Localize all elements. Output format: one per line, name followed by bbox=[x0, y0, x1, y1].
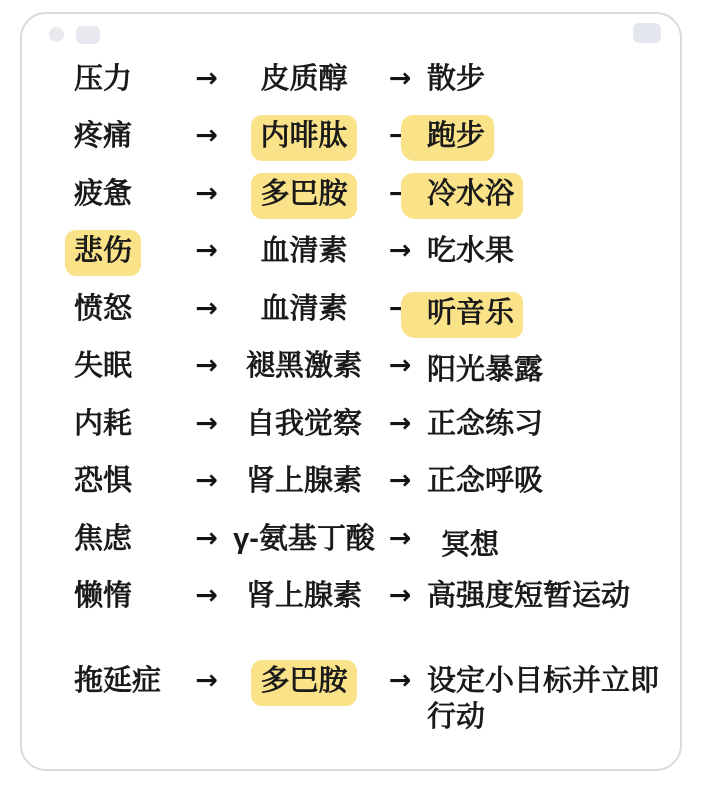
trigger-label: 疲惫 bbox=[74, 176, 132, 212]
remedy-label: 冷水浴 bbox=[401, 173, 523, 219]
arrow-right-icon: → bbox=[184, 61, 229, 97]
arrow-right-icon: → bbox=[184, 176, 229, 212]
remedy-cell: 正念呼吸 bbox=[421, 463, 667, 499]
trigger-label: 压力 bbox=[74, 61, 132, 97]
arrow-right-icon: → bbox=[379, 233, 421, 269]
chemical-label: γ-氨基丁酸 bbox=[233, 521, 375, 557]
trigger-cell: 压力 bbox=[74, 61, 184, 97]
chemical-label: 皮质醇 bbox=[260, 61, 347, 97]
arrow-right-icon: → bbox=[184, 578, 229, 614]
mapping-row: 拖延症 → 多巴胺 → 设定小目标并立即行动 bbox=[74, 663, 674, 735]
remedy-cell: 跑步 bbox=[421, 118, 667, 154]
remedy-cell: 听音乐 bbox=[421, 291, 667, 327]
arrow-right-icon: → bbox=[379, 521, 421, 557]
trigger-cell: 疼痛 bbox=[74, 118, 184, 154]
arrow-right-icon: → bbox=[184, 663, 229, 699]
arrow-right-icon: → bbox=[184, 291, 229, 327]
chemical-cell: 皮质醇 bbox=[229, 61, 379, 97]
mapping-row: 悲伤 → 血清素 → 吃水果 bbox=[74, 223, 674, 281]
chemical-cell: γ-氨基丁酸 bbox=[229, 521, 379, 557]
remedy-label: 设定小目标并立即行动 bbox=[427, 663, 667, 735]
arrow-right-icon: → bbox=[379, 463, 421, 499]
trigger-cell: 拖延症 bbox=[74, 663, 184, 699]
chemical-cell: 肾上腺素 bbox=[229, 578, 379, 614]
mapping-row: 焦虑 → γ-氨基丁酸 → 冥想 bbox=[74, 510, 674, 568]
arrow-right-icon: → bbox=[184, 521, 229, 557]
mapping-row: 愤怒 → 血清素 → 听音乐 bbox=[74, 280, 674, 338]
trigger-cell: 疲惫 bbox=[74, 176, 184, 212]
chemical-label: 多巴胺 bbox=[251, 173, 356, 219]
trigger-cell: 失眠 bbox=[74, 348, 184, 384]
trigger-cell: 愤怒 bbox=[74, 291, 184, 327]
remedy-label: 听音乐 bbox=[401, 292, 523, 338]
chemical-cell: 肾上腺素 bbox=[229, 463, 379, 499]
chemical-cell: 血清素 bbox=[229, 291, 379, 327]
chemical-cell: 多巴胺 bbox=[229, 663, 379, 699]
remedy-label: 高强度短暂运动 bbox=[427, 578, 630, 614]
chemical-label: 褪黑激素 bbox=[246, 348, 362, 384]
trigger-label: 恐惧 bbox=[74, 463, 132, 499]
chemical-label: 血清素 bbox=[260, 233, 347, 269]
remedy-cell: 吃水果 bbox=[421, 233, 667, 269]
chemical-cell: 褪黑激素 bbox=[229, 348, 379, 384]
mapping-row: 疼痛 → 内啡肽 → 跑步 bbox=[74, 108, 674, 166]
trigger-cell: 恐惧 bbox=[74, 463, 184, 499]
remedy-cell: 散步 bbox=[421, 61, 667, 97]
remedy-label: 跑步 bbox=[401, 115, 494, 161]
mapping-row: 内耗 → 自我觉察 → 正念练习 bbox=[74, 395, 674, 453]
trigger-label: 疼痛 bbox=[74, 118, 132, 154]
mapping-row: 疲惫 → 多巴胺 → 冷水浴 bbox=[74, 165, 674, 223]
remedy-label: 阳光暴露 bbox=[427, 352, 543, 388]
trigger-label: 焦虑 bbox=[74, 521, 132, 557]
note-card: 压力 → 皮质醇 → 散步 疼痛 → 内啡肽 → 跑步 疲惫 → 多巴胺 → 冷… bbox=[20, 12, 682, 771]
remedy-cell: 阳光暴露 bbox=[421, 348, 667, 384]
trigger-label: 内耗 bbox=[74, 406, 132, 442]
arrow-right-icon: → bbox=[184, 463, 229, 499]
trigger-label: 悲伤 bbox=[65, 230, 141, 276]
chemical-label: 内啡肽 bbox=[251, 115, 356, 161]
remedy-label: 正念练习 bbox=[427, 406, 543, 442]
arrow-right-icon: → bbox=[379, 348, 421, 384]
chemical-label: 多巴胺 bbox=[251, 660, 356, 706]
trigger-cell: 焦虑 bbox=[74, 521, 184, 557]
remedy-cell: 冥想 bbox=[421, 521, 667, 557]
remedy-cell: 正念练习 bbox=[421, 406, 667, 442]
trigger-cell: 懒惰 bbox=[74, 578, 184, 614]
mapping-row: 失眠 → 褪黑激素 → 阳光暴露 bbox=[74, 338, 674, 396]
mapping-row: 压力 → 皮质醇 → 散步 bbox=[74, 50, 674, 108]
arrow-right-icon: → bbox=[184, 233, 229, 269]
trigger-cell: 内耗 bbox=[74, 406, 184, 442]
chemical-label: 血清素 bbox=[260, 291, 347, 327]
remedy-label: 散步 bbox=[427, 61, 485, 97]
mapping-row: 懒惰 → 肾上腺素 → 高强度短暂运动 bbox=[74, 568, 674, 626]
chemical-label: 自我觉察 bbox=[246, 406, 362, 442]
remedy-label: 冥想 bbox=[441, 527, 499, 563]
arrow-right-icon: → bbox=[379, 61, 421, 97]
trigger-label: 懒惰 bbox=[74, 578, 132, 614]
trigger-label: 失眠 bbox=[74, 348, 132, 384]
mapping-row: 恐惧 → 肾上腺素 → 正念呼吸 bbox=[74, 453, 674, 511]
arrow-right-icon: → bbox=[379, 406, 421, 442]
chemical-label: 肾上腺素 bbox=[246, 463, 362, 499]
chemical-cell: 血清素 bbox=[229, 233, 379, 269]
chemical-label: 肾上腺素 bbox=[246, 578, 362, 614]
chemical-cell: 内啡肽 bbox=[229, 118, 379, 154]
remedy-cell: 设定小目标并立即行动 bbox=[421, 663, 667, 735]
remedy-label: 正念呼吸 bbox=[427, 463, 543, 499]
mapping-list: 压力 → 皮质醇 → 散步 疼痛 → 内啡肽 → 跑步 疲惫 → 多巴胺 → 冷… bbox=[22, 14, 680, 735]
arrow-right-icon: → bbox=[184, 406, 229, 442]
trigger-label: 拖延症 bbox=[74, 663, 161, 699]
arrow-right-icon: → bbox=[184, 118, 229, 154]
remedy-cell: 高强度短暂运动 bbox=[421, 578, 667, 614]
trigger-label: 愤怒 bbox=[74, 291, 132, 327]
arrow-right-icon: → bbox=[379, 578, 421, 614]
remedy-cell: 冷水浴 bbox=[421, 176, 667, 212]
trigger-cell: 悲伤 bbox=[74, 233, 184, 269]
chemical-cell: 自我觉察 bbox=[229, 406, 379, 442]
remedy-label: 吃水果 bbox=[427, 233, 514, 269]
chemical-cell: 多巴胺 bbox=[229, 176, 379, 212]
arrow-right-icon: → bbox=[379, 663, 421, 699]
arrow-right-icon: → bbox=[184, 348, 229, 384]
